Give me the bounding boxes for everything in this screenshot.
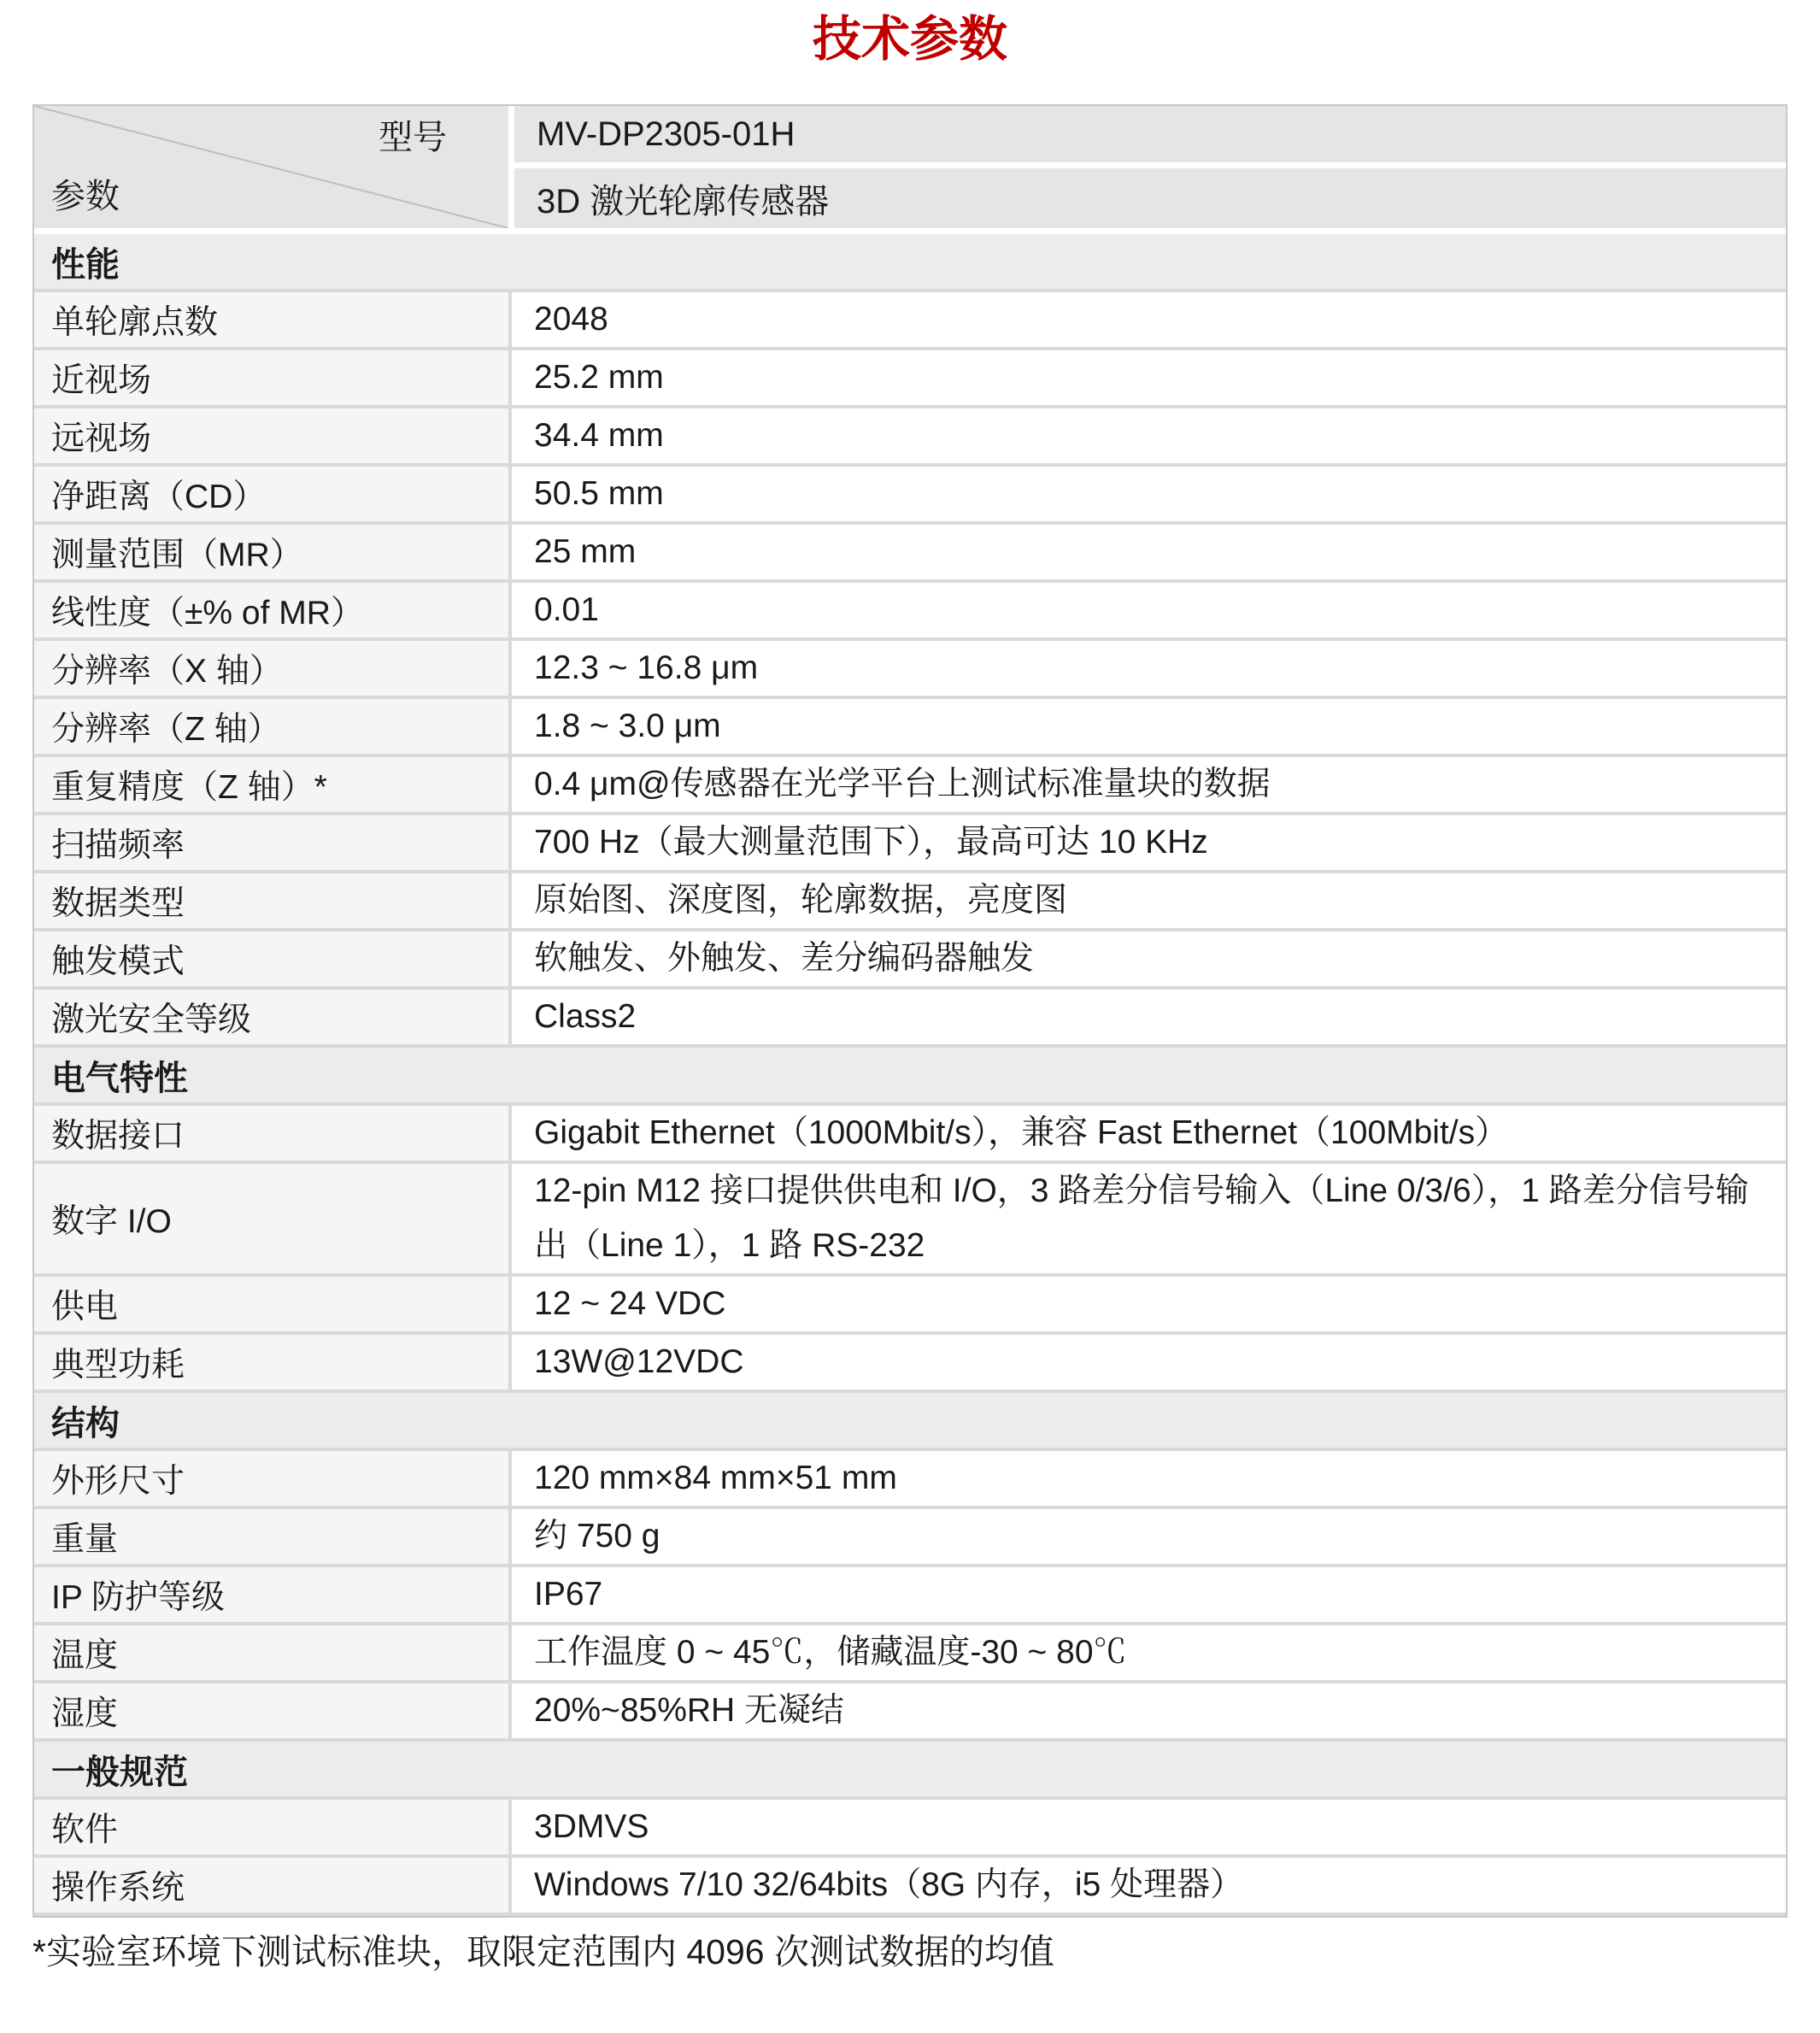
spec-value: Windows 7/10 32/64bits（8G 内存，i5 处理器） bbox=[512, 1858, 1786, 1913]
spec-value: 34.4 mm bbox=[512, 408, 1786, 463]
spec-value: 2048 bbox=[512, 292, 1786, 347]
spec-value: 0.4 μm@传感器在光学平台上测试标准量块的数据 bbox=[512, 757, 1786, 812]
spec-value: 3DMVS bbox=[512, 1800, 1786, 1854]
spec-value: 25 mm bbox=[512, 525, 1786, 579]
spec-label: 净距离（CD） bbox=[34, 467, 508, 521]
model-type-cell: 3D 激光轮廓传感器 bbox=[514, 168, 1786, 228]
spec-value: Gigabit Ethernet（1000Mbit/s），兼容 Fast Eth… bbox=[512, 1106, 1786, 1160]
spec-value: 约 750 g bbox=[512, 1509, 1786, 1564]
spec-label: 测量范围（MR） bbox=[34, 525, 508, 579]
spec-label: 操作系统 bbox=[34, 1858, 508, 1913]
section-header: 一般规范 bbox=[34, 1742, 1786, 1796]
spec-label: 外形尺寸 bbox=[34, 1451, 508, 1506]
spec-value: 12.3 ~ 16.8 μm bbox=[512, 641, 1786, 696]
spec-label: 数据类型 bbox=[34, 873, 508, 928]
footnote: *实验室环境下测试标准块，取限定范围内 4096 次测试数据的均值 bbox=[32, 1930, 1820, 1975]
spec-value: IP67 bbox=[512, 1567, 1786, 1622]
spec-table: 型号 参数 MV-DP2305-01H 3D 激光轮廓传感器 性能单轮廓点数20… bbox=[32, 104, 1788, 1918]
spec-label: 重复精度（Z 轴）* bbox=[34, 757, 508, 812]
table-body: 性能单轮廓点数2048近视场25.2 mm远视场34.4 mm净距离（CD）50… bbox=[34, 234, 1786, 1916]
spec-value: 0.01 bbox=[512, 583, 1786, 638]
spec-value: 12 ~ 24 VDC bbox=[512, 1277, 1786, 1331]
page-title: 技术参数 bbox=[0, 0, 1820, 73]
spec-label: 供电 bbox=[34, 1277, 508, 1331]
spec-label: 软件 bbox=[34, 1800, 508, 1854]
spec-label: 湿度 bbox=[34, 1683, 508, 1738]
spec-value: 13W@12VDC bbox=[512, 1335, 1786, 1390]
spec-value: 20%~85%RH 无凝结 bbox=[512, 1683, 1786, 1738]
spec-label: 分辨率（Z 轴） bbox=[34, 699, 508, 754]
table-header: 型号 参数 MV-DP2305-01H 3D 激光轮廓传感器 bbox=[34, 106, 1786, 228]
spec-value: 120 mm×84 mm×51 mm bbox=[512, 1451, 1786, 1506]
spec-label: 典型功耗 bbox=[34, 1335, 508, 1390]
spec-value: Class2 bbox=[512, 990, 1786, 1044]
spec-value: 原始图、深度图，轮廓数据，亮度图 bbox=[512, 873, 1786, 928]
section-header: 性能 bbox=[34, 234, 1786, 289]
spec-label: 数据接口 bbox=[34, 1106, 508, 1160]
spec-label: 温度 bbox=[34, 1625, 508, 1680]
spec-label: 近视场 bbox=[34, 350, 508, 405]
corner-label-model: 型号 bbox=[379, 106, 447, 162]
spec-label: 触发模式 bbox=[34, 931, 508, 986]
spec-label: 线性度（±% of MR） bbox=[34, 583, 508, 638]
spec-label: 重量 bbox=[34, 1509, 508, 1564]
model-number-cell: MV-DP2305-01H bbox=[514, 106, 1786, 162]
spec-value: 软触发、外触发、差分编码器触发 bbox=[512, 931, 1786, 986]
corner-label-parameter: 参数 bbox=[51, 169, 120, 218]
spec-value: 50.5 mm bbox=[512, 467, 1786, 521]
spec-label: 激光安全等级 bbox=[34, 990, 508, 1044]
spec-value: 12-pin M12 接口提供供电和 I/O，3 路差分信号输入（Line 0/… bbox=[512, 1164, 1786, 1273]
spec-value: 25.2 mm bbox=[512, 350, 1786, 405]
spec-label: IP 防护等级 bbox=[34, 1567, 508, 1622]
section-header: 电气特性 bbox=[34, 1048, 1786, 1102]
spec-value: 工作温度 0 ~ 45℃，储藏温度-30 ~ 80℃ bbox=[512, 1625, 1786, 1680]
section-header: 结构 bbox=[34, 1393, 1786, 1448]
spec-value: 1.8 ~ 3.0 μm bbox=[512, 699, 1786, 754]
spec-label: 分辨率（X 轴） bbox=[34, 641, 508, 696]
spec-value: 700 Hz（最大测量范围下），最高可达 10 KHz bbox=[512, 815, 1786, 870]
spec-label: 远视场 bbox=[34, 408, 508, 463]
spec-label: 单轮廓点数 bbox=[34, 292, 508, 347]
header-corner-cell: 型号 参数 bbox=[34, 106, 508, 228]
spec-label: 扫描频率 bbox=[34, 815, 508, 870]
spec-label: 数字 I/O bbox=[34, 1164, 508, 1273]
